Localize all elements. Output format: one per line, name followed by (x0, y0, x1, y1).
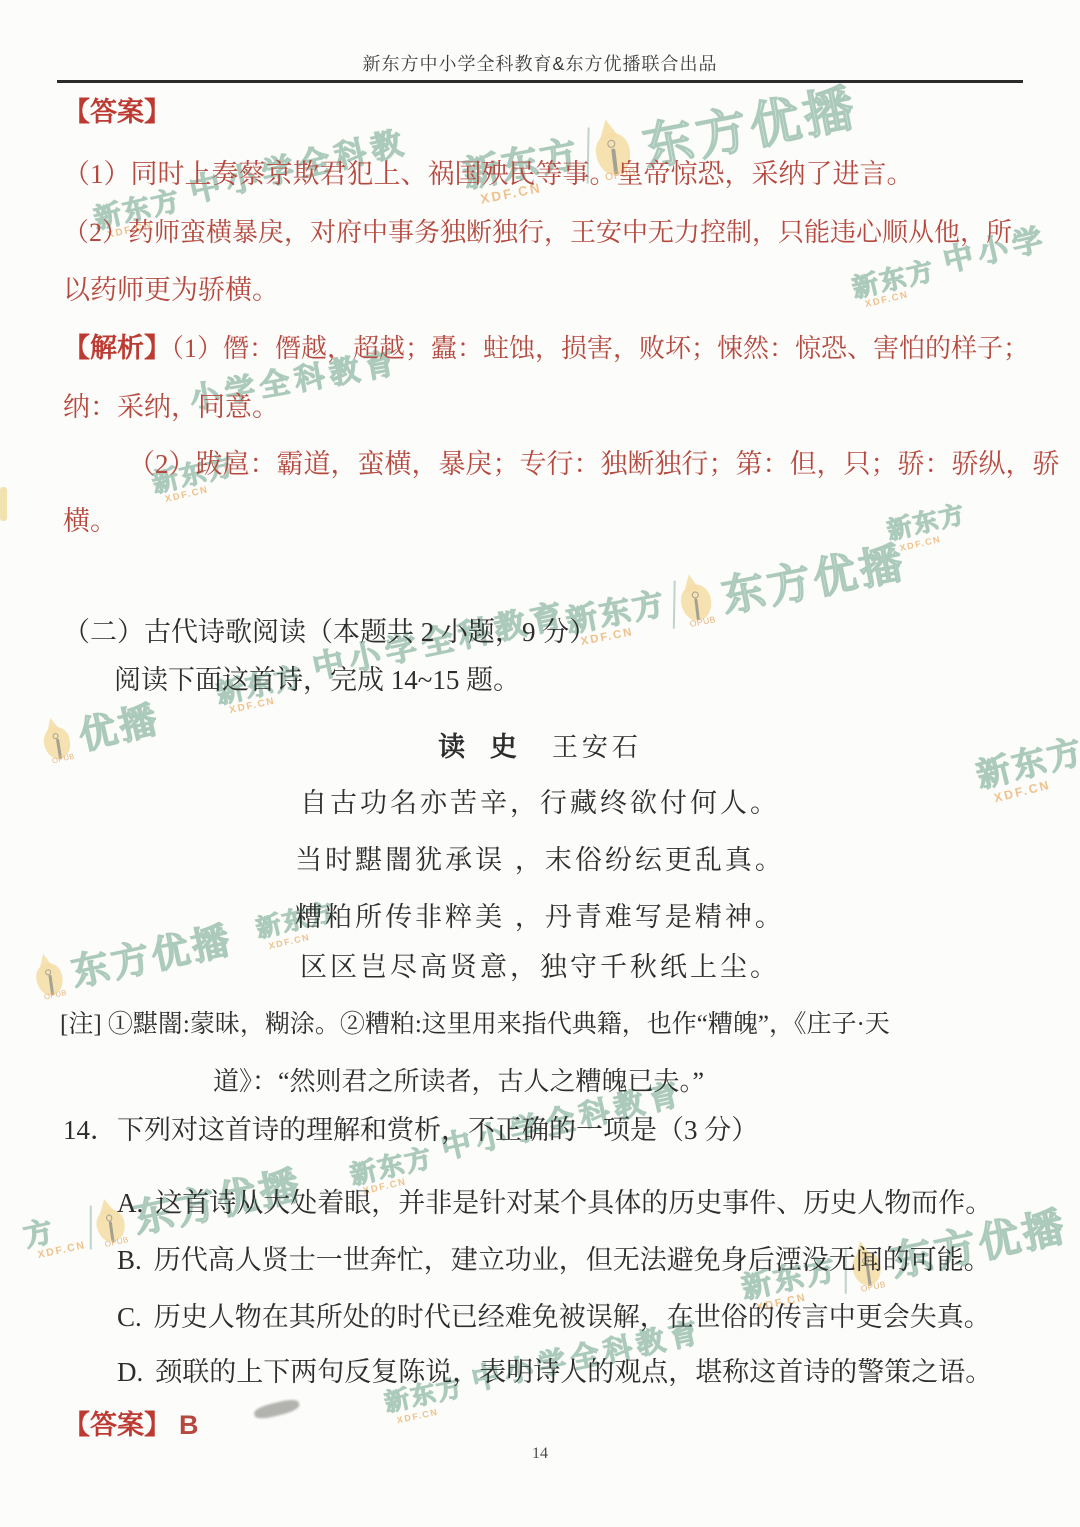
analysis-label: 【解析】 (63, 333, 171, 363)
poem-author: 王安石 (552, 733, 642, 762)
analysis-line-1-text: （1）僭：僭越，超越；蠹：蛀蚀，损害，败坏；悚然：惊恐、害怕的样子； (171, 334, 1029, 363)
analysis-line-2: 纳：采纳，同意。 (63, 390, 279, 424)
question-14-answer-label: 【答案】 (63, 1410, 171, 1440)
option-b-label: B. (117, 1245, 142, 1275)
answer-label: 【答案】 (63, 95, 171, 129)
poem-note-line-2: 道》：“然则君之所读者，古人之糟魄已夫。” (213, 1065, 704, 1099)
instruction-line: 阅读下面这首诗，完成 14~15 题。 (114, 663, 520, 697)
analysis-line-4: 横。 (63, 504, 117, 538)
page-number: 14 (0, 1445, 1080, 1463)
poem-line-1: 自古功名亦苦辛，行藏终欲付何人。 (0, 786, 1080, 820)
watermark-mark-yellow (0, 487, 7, 521)
analysis-line-1: 【解析】（1）僭：僭越，超越；蠹：蛀蚀，损害，败坏；悚然：惊恐、害怕的样子； (63, 331, 1029, 366)
answer-line-1: （1）同时上奏蔡京欺君犯上、祸国殃民等事。皇帝惊恐，采纳了进言。 (63, 157, 914, 191)
poem-title-line: 读 史王安石 (0, 730, 1080, 765)
question-14-stem: 14．下列对这首诗的理解和赏析，不正确的一项是（3 分） (63, 1113, 758, 1147)
poem-line-2: 当时黮闇犹承误 ，末俗纷纭更乱真。 (0, 843, 1080, 877)
option-a-text: 这首诗从大处着眼，并非是针对某个具体的历史事件、历史人物而作。 (155, 1188, 992, 1218)
watermark-mark-gray (253, 1397, 301, 1421)
option-c-label: C. (117, 1302, 142, 1332)
divider (673, 581, 676, 629)
poem-note-line-1: [注] ①黮闇:蒙昧，糊涂。②糟粕:这里用来指代典籍，也作“糟魄”，《庄子·天 (60, 1008, 890, 1042)
pen-flame-icon: OPUB (676, 573, 718, 628)
xdf-logo: 新东方XDF.CN (850, 257, 940, 312)
answer-line-2: （2）药师蛮横暴戾，对府中事务独断独行，王安中无力控制，只能违心顺从他，所 (63, 216, 1012, 250)
option-d: D.颈联的上下两句反复陈说，表明诗人的观点，堪称这首诗的警策之语。 (117, 1355, 992, 1389)
option-b-text: 历代高人贤士一世奔忙，建立功业，但无法避免身后湮没无闻的可能。 (154, 1245, 991, 1275)
option-c: C.历史人物在其所处的时代已经难免被误解，在世俗的传言中更会失真。 (117, 1300, 991, 1334)
question-14-answer-value: B (179, 1410, 199, 1440)
analysis-line-3: （2）跋扈：霸道，蛮横，暴戾；专行：独断独行；第：但，只；骄：骄纵，骄 (128, 447, 1060, 481)
xdf-logo: 新东方XDF.CN (885, 503, 971, 555)
watermark-full: 新东方XDF.CNOPUB东方优播 (562, 535, 909, 650)
divider (89, 1206, 91, 1250)
document-page: 新东方XDF.CNOPUB东方优播新东方XDF.CN中小学全科教新东方XDF.C… (0, 0, 1080, 1527)
option-a-label: A. (117, 1188, 143, 1218)
youbo-logo-text: 东方优播 (718, 542, 909, 620)
answer-line-3: 以药师更为骄横。 (63, 273, 279, 307)
poem-line-4: 区区岂尽高贤意，独守千秋纸上尘。 (0, 950, 1080, 984)
option-c-text: 历史人物在其所处的时代已经难免被误解，在世俗的传言中更会失真。 (154, 1302, 991, 1332)
poem-line-3: 糟粕所传非粹美 ，丹青难写是精神。 (0, 900, 1080, 934)
option-d-text: 颈联的上下两句反复陈说，表明诗人的观点，堪称这首诗的警策之语。 (155, 1357, 992, 1387)
section-heading: （二）古代诗歌阅读（本题共 2 小题，9 分） (63, 615, 596, 649)
option-d-label: D. (117, 1357, 143, 1387)
header-divider (57, 80, 1023, 83)
page-header-title: 新东方中小学全科教育&东方优播联合出品 (0, 50, 1080, 76)
xdf-logo: 方XDF.CN (22, 1212, 87, 1264)
poem-title: 读 史 (438, 732, 526, 762)
watermark-xdf: 新东方XDF.CN (885, 503, 971, 555)
option-b: B.历代高人贤士一世奔忙，建立功业，但无法避免身后湮没无闻的可能。 (117, 1243, 991, 1277)
question-14-answer: 【答案】B (63, 1408, 199, 1442)
option-a: A.这首诗从大处着眼，并非是针对某个具体的历史事件、历史人物而作。 (117, 1186, 992, 1220)
